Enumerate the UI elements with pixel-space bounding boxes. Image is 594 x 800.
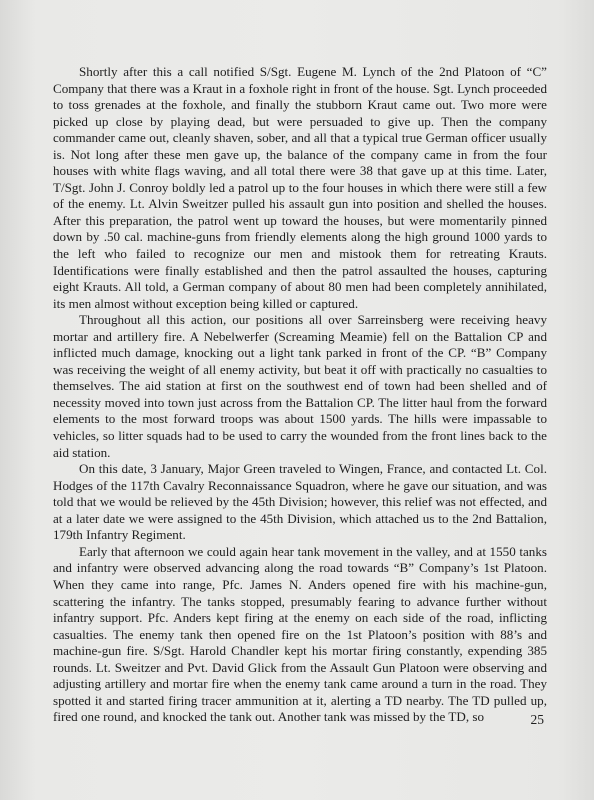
- paragraph-lynch-surrender: Shortly after this a call notified S/Sgt…: [53, 64, 547, 312]
- page-number: 25: [531, 712, 545, 728]
- page-body: Shortly after this a call notified S/Sgt…: [53, 64, 547, 726]
- paragraph-sarreinsberg-fire: Throughout all this action, our position…: [53, 312, 547, 461]
- paragraph-major-green: On this date, 3 January, Major Green tra…: [53, 461, 547, 544]
- paragraph-tank-attack: Early that afternoon we could again hear…: [53, 544, 547, 726]
